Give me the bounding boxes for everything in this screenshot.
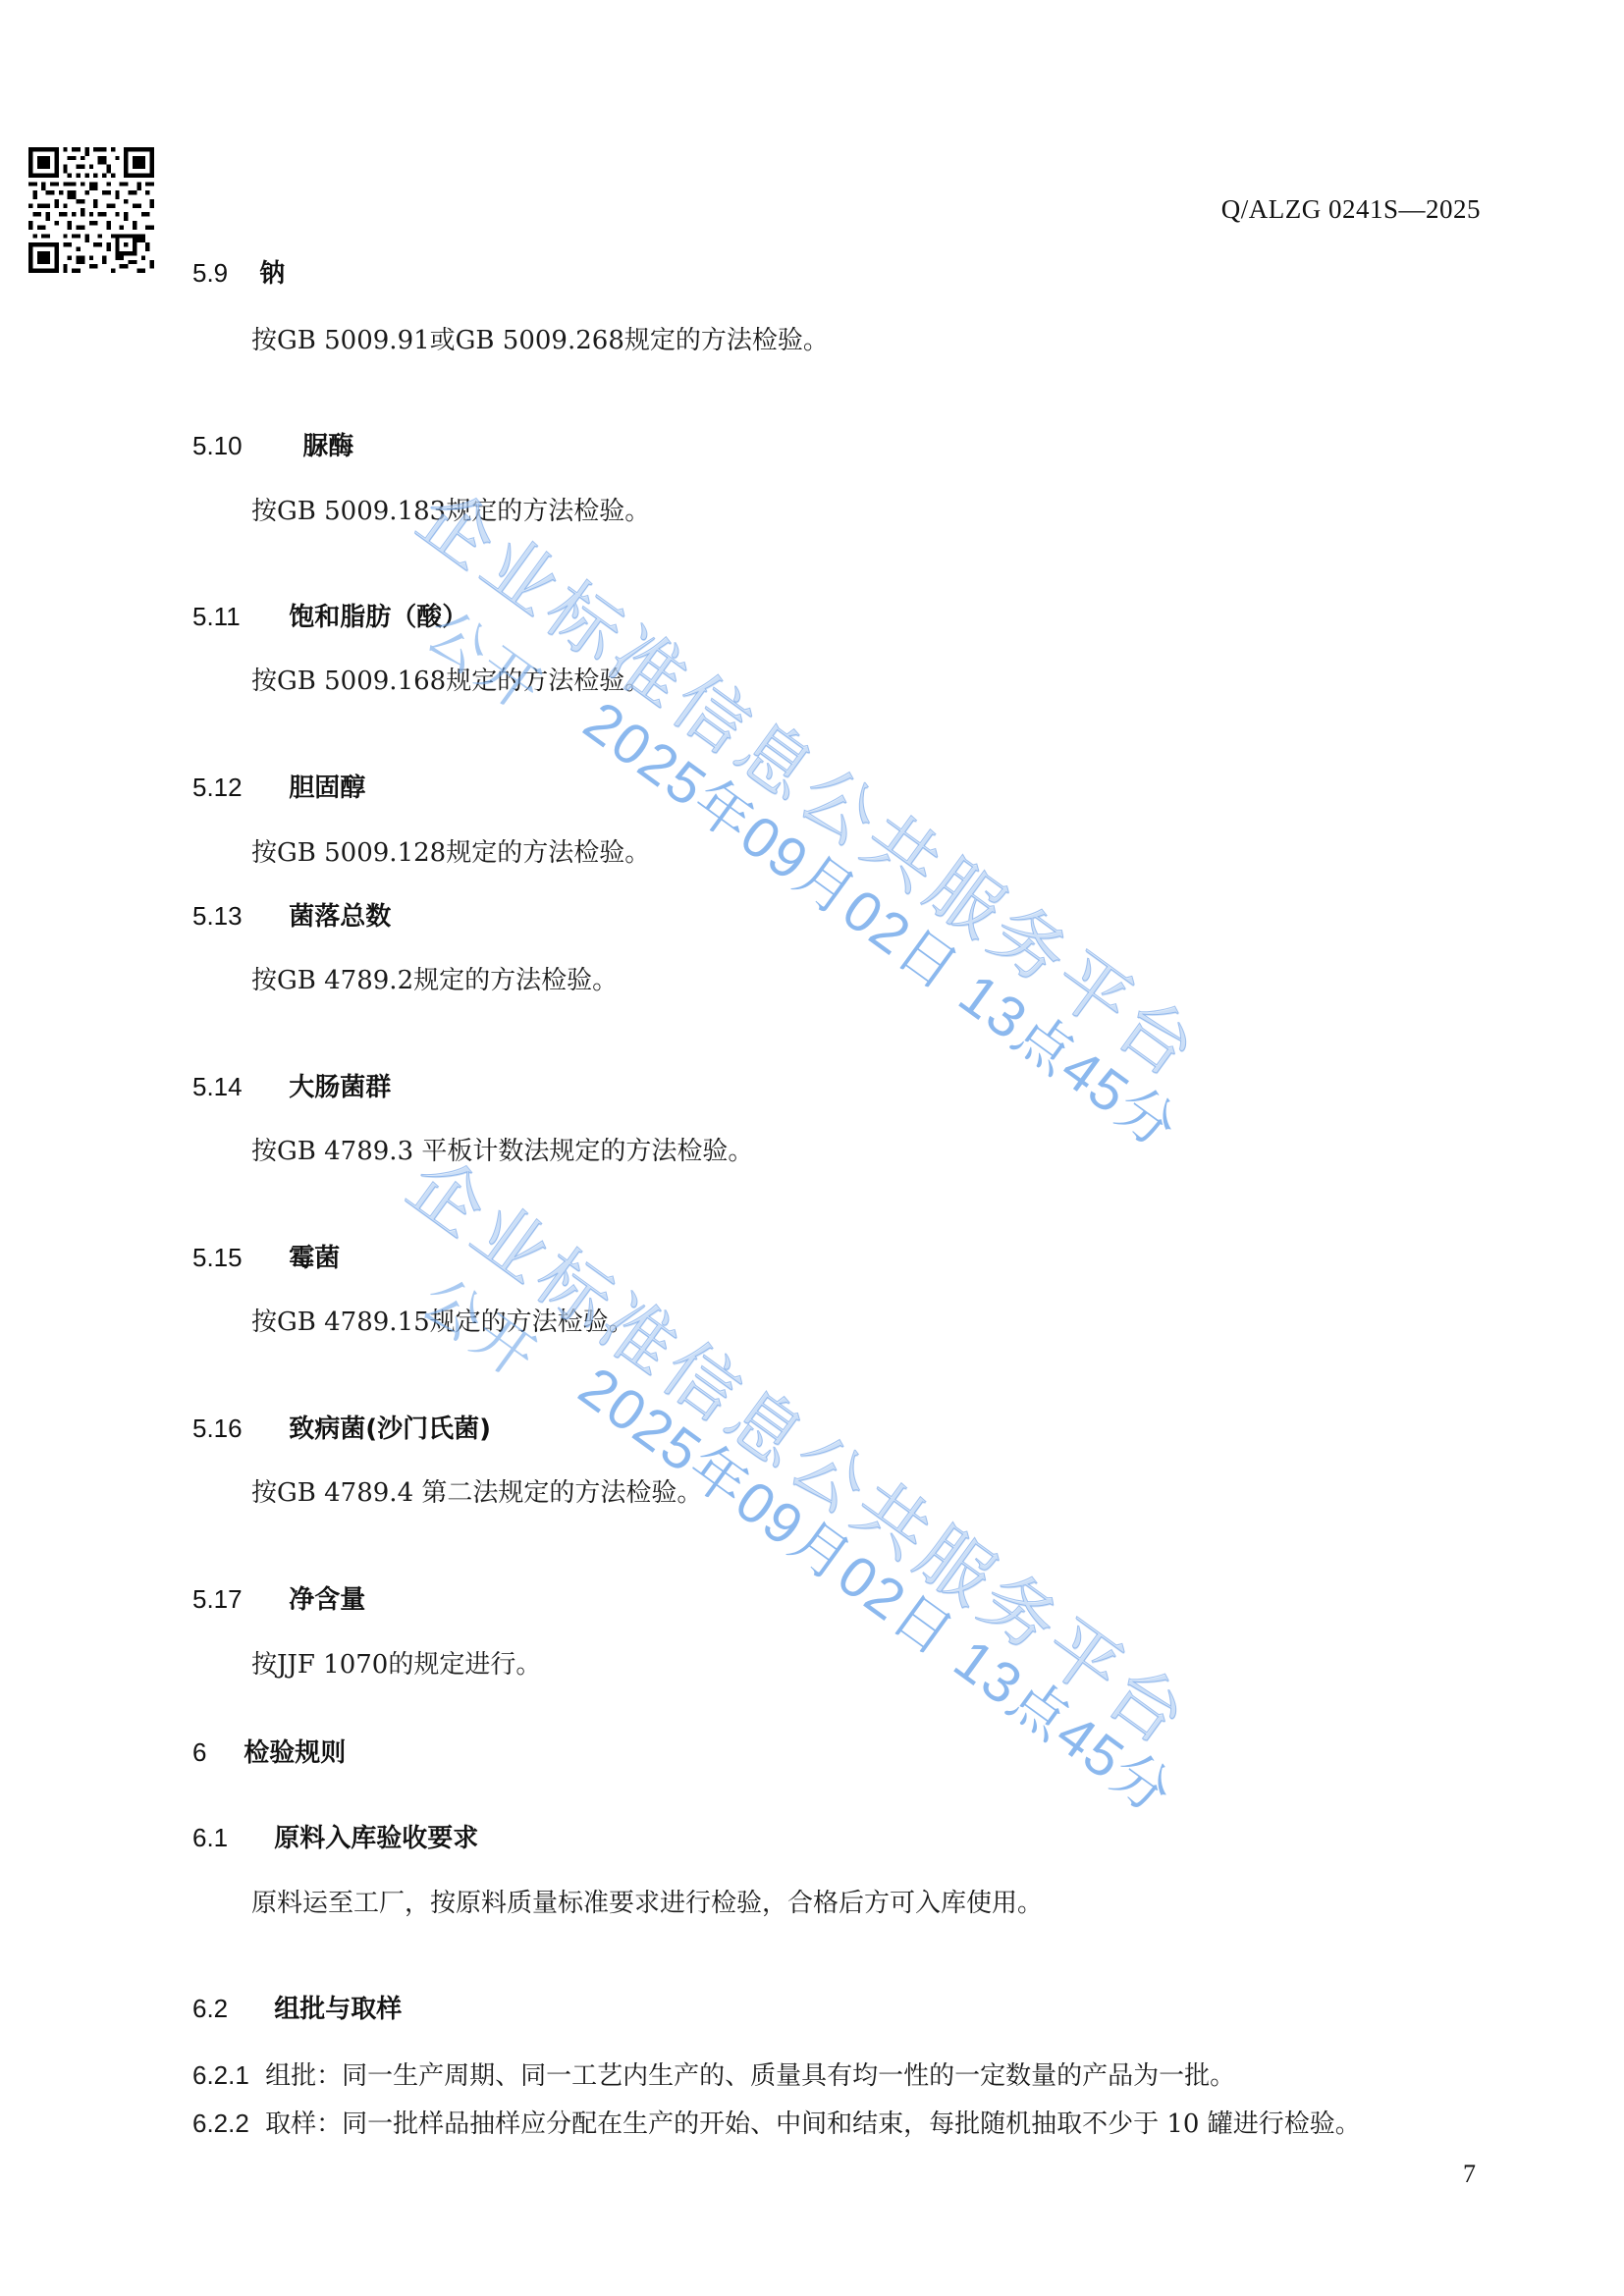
section-number: 6.2: [192, 1994, 266, 2024]
section-number: 5.11: [192, 602, 281, 632]
section-heading-5-11: 5.11 饱和脂肪（酸）: [192, 597, 467, 633]
section-heading-5-9: 5.9 钠: [192, 253, 285, 290]
watermark-datetime-2: 2025年09月02日 13点45分: [566, 1343, 1193, 1831]
page-number: 7: [1463, 2160, 1476, 2189]
section-title: 霉菌: [289, 1244, 340, 1273]
section-body-5-9: 按GB 5009.91或GB 5009.268规定的方法检验。: [251, 320, 829, 356]
section-heading-5-17: 5.17 净含量: [192, 1579, 365, 1616]
watermark-platform-1: 企业标准信息公共服务平台: [401, 461, 1224, 1099]
section-title: 致病菌(沙门氏菌): [289, 1415, 491, 1444]
clause-number: 6.2.2: [192, 2109, 249, 2138]
clause-6-2-1: 6.2.1 组批：同一生产周期、同一工艺内生产的、质量具有均一性的一定数量的产品…: [192, 2056, 1235, 2092]
section-heading-5-10: 5.10 脲酶: [192, 426, 353, 462]
section-title: 大肠菌群: [289, 1073, 391, 1102]
section-body-5-12: 按GB 5009.128规定的方法检验。: [251, 832, 650, 869]
clause-text: 取样：同一批样品抽样应分配在生产的开始、中间和结束，每批随机抽取不少于 10 罐…: [265, 2109, 1361, 2139]
section-number: 5.13: [192, 901, 281, 932]
section-heading-5-16: 5.16 致病菌(沙门氏菌): [192, 1409, 491, 1445]
section-heading-5-12: 5.12 胆固醇: [192, 768, 365, 804]
chapter-number: 6: [192, 1737, 236, 1768]
section-number: 5.15: [192, 1243, 281, 1273]
section-body-5-16: 按GB 4789.4 第二法规定的方法检验。: [251, 1472, 702, 1509]
section-title: 饱和脂肪（酸）: [289, 603, 467, 632]
section-number: 5.17: [192, 1584, 281, 1615]
section-body-6-1: 原料运至工厂，按原料质量标准要求进行检验，合格后方可入库使用。: [251, 1883, 1043, 1919]
section-number: 5.14: [192, 1072, 281, 1102]
document-page: Q/ALZG 0241S—2025 5.9 钠 按GB 5009.91或GB 5…: [0, 0, 1624, 2296]
section-body-5-11: 按GB 5009.168规定的方法检验。: [251, 661, 650, 697]
chapter-heading-6: 6 检验规则: [192, 1733, 346, 1769]
qr-code-icon: [28, 147, 154, 273]
clause-6-2-2: 6.2.2 取样：同一批样品抽样应分配在生产的开始、中间和结束，每批随机抽取不少…: [192, 2104, 1361, 2140]
section-title: 组批与取样: [274, 1995, 402, 2024]
section-heading-5-14: 5.14 大肠菌群: [192, 1067, 391, 1103]
section-title: 脲酶: [302, 432, 353, 461]
section-title: 菌落总数: [289, 902, 391, 932]
section-body-5-13: 按GB 4789.2规定的方法检验。: [251, 960, 618, 996]
section-number: 5.12: [192, 773, 281, 803]
section-title: 胆固醇: [289, 774, 365, 803]
section-number: 5.16: [192, 1414, 281, 1444]
section-title: 钠: [259, 259, 285, 289]
qr-code: [28, 147, 154, 273]
chapter-title: 检验规则: [244, 1738, 346, 1768]
section-body-5-10: 按GB 5009.183规定的方法检验。: [251, 491, 650, 527]
section-body-5-17: 按JJF 1070的规定进行。: [251, 1644, 541, 1681]
clause-text: 组批：同一生产周期、同一工艺内生产的、质量具有均一性的一定数量的产品为一批。: [265, 2061, 1235, 2091]
clause-number: 6.2.1: [192, 2060, 249, 2090]
section-heading-6-2: 6.2 组批与取样: [192, 1989, 402, 2025]
section-heading-5-13: 5.13 菌落总数: [192, 896, 391, 933]
section-title: 净含量: [289, 1585, 365, 1615]
section-body-5-14: 按GB 4789.3 平板计数法规定的方法检验。: [251, 1131, 753, 1167]
section-title: 原料入库验收要求: [274, 1824, 478, 1853]
section-number: 5.10: [192, 431, 295, 461]
section-heading-6-1: 6.1 原料入库验收要求: [192, 1818, 478, 1854]
section-number: 5.9: [192, 258, 251, 289]
section-body-5-15: 按GB 4789.15规定的方法检验。: [251, 1302, 634, 1338]
section-number: 6.1: [192, 1823, 266, 1853]
section-heading-5-15: 5.15 霉菌: [192, 1238, 340, 1274]
document-code: Q/ALZG 0241S—2025: [1221, 194, 1481, 225]
watermark-datetime-1: 2025年09月02日 13点45分: [570, 677, 1198, 1165]
